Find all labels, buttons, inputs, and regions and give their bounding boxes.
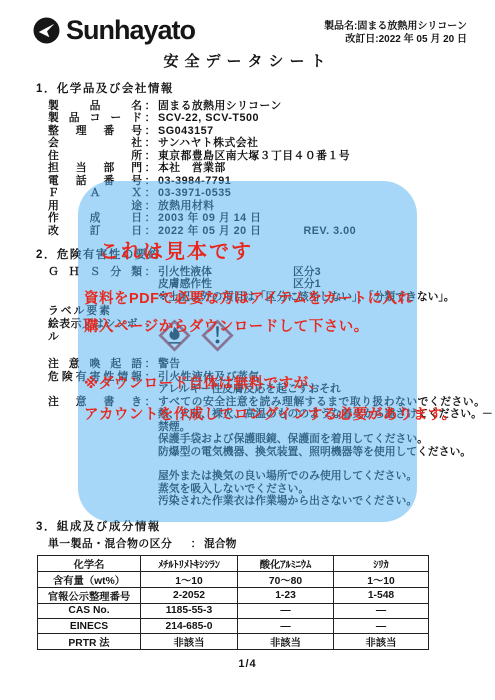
section3-heading: 3．組成及び成分情報 xyxy=(36,518,495,534)
section-composition: 3．組成及び成分情報 単一製品・混合物の区分 ： 混合物 化学名 ﾒﾁﾙﾄﾘﾒﾄ… xyxy=(0,518,495,651)
precaution-row: 注意書き：すべての安全注意を読み理解するまで取り扱わないでください。 xyxy=(0,396,495,408)
revision-number: REV. 3.00 xyxy=(303,225,356,237)
section1-heading: 1．化学品及び会社情報 xyxy=(36,80,495,96)
label-elements-heading: ラベル要素 xyxy=(0,305,495,318)
info-row: 住所：東京都豊島区南大塚３丁目４０番１号 xyxy=(0,150,495,162)
header-product-name: 製品名:固まる放熱用シリコーン xyxy=(324,20,467,33)
info-row: 製品コード：SCV-22, SCV-T500 xyxy=(0,112,495,124)
table-row: EINECS 214-685-0 ― ― xyxy=(38,619,429,634)
table-row: 含有量（wt%） 1～10 70～80 1～10 xyxy=(38,571,429,587)
ghs-note: ※上記以外の項目は「区分に該当しない」、「分類できない」。 xyxy=(0,291,495,303)
ghs-pictograms xyxy=(158,319,234,352)
info-row: 製品名：固まる放熱用シリコーン xyxy=(0,100,495,112)
table-row: PRTR 法 非該当 非該当 非該当 xyxy=(38,634,429,650)
signal-word: 警告 xyxy=(158,358,181,370)
signal-word-row: 注意喚起語：警告 xyxy=(0,358,495,370)
header-meta: 製品名:固まる放熱用シリコーン 改訂日:2022 年 05 月 20 日 xyxy=(324,15,467,46)
info-row: 会社：サンハヤト株式会社 xyxy=(0,137,495,149)
precaution-row: 屋外または換気の良い場所でのみ使用してください。 xyxy=(0,470,495,482)
page-number: 1/4 xyxy=(0,658,495,670)
info-row: 電話番号：03-3984-7791 xyxy=(0,175,495,187)
ghs-category: 区分1 xyxy=(293,278,321,290)
mixture-value: 混合物 xyxy=(204,538,236,551)
pictogram-row: 絵表示又はシンボル： xyxy=(0,318,495,352)
page-title: 安全データシート xyxy=(0,50,495,71)
mixture-row: 単一製品・混合物の区分 ： 混合物 xyxy=(0,538,495,551)
ghs-exclamation-icon xyxy=(201,319,234,352)
header-revision-date: 改訂日:2022 年 05 月 20 日 xyxy=(324,33,467,46)
info-row: 作成日：2003 年 09 月 14 日 xyxy=(0,212,495,224)
section-hazard-summary: 2．危険有害性の要約 ＧＨＳ分類：引火性液体区分3 皮膚感作性区分1 ※上記以外… xyxy=(0,246,495,508)
info-row: ＦＡＸ：03-3971-0535 xyxy=(0,187,495,199)
info-row: 担当部門：本社 営業部 xyxy=(0,162,495,174)
info-row: 改訂日：2022 年 05 月 20 日REV. 3.00 xyxy=(0,225,495,237)
document-header: Sunhayato 製品名:固まる放熱用シリコーン 改訂日:2022 年 05 … xyxy=(0,0,495,46)
precaution-row: 蒸気を吸入しないでください。 xyxy=(0,483,495,495)
sds-document-page: Sunhayato 製品名:固まる放熱用シリコーン 改訂日:2022 年 05 … xyxy=(0,0,495,700)
hazard-info-row: 危険有害性情報：引火性液体及び蒸気 xyxy=(0,371,495,383)
table-header-row: 化学名 ﾒﾁﾙﾄﾘﾒﾄｷｼｼﾗﾝ 酸化ｱﾙﾐﾆｳﾑ ｼﾘｶ xyxy=(38,555,429,571)
precaution-row: 保護手袋および保護眼鏡、保護面を着用してください。 xyxy=(0,433,495,445)
precaution-row: 汚染された作業衣は作業場から出さないでください。 xyxy=(0,495,495,507)
sunhayato-logo: Sunhayato xyxy=(33,15,195,46)
info-row: 用途：放熱用材料 xyxy=(0,200,495,212)
ghs-classification-row: ＧＨＳ分類：引火性液体区分3 xyxy=(0,266,495,278)
ghs-category: 区分3 xyxy=(293,266,321,278)
logo-wordmark: Sunhayato xyxy=(66,15,195,46)
info-row: 整理番号：SG043157 xyxy=(0,125,495,137)
section2-heading: 2．危険有害性の要約 xyxy=(36,246,495,262)
table-row: CAS No. 1185-55-3 ― ― xyxy=(38,603,429,618)
ghs-flame-icon xyxy=(158,319,191,352)
precaution-row: 熱、火花、裸火、高温のもののような着火から遠ざけてください。－禁煙。 xyxy=(0,408,495,433)
section-company-info: 1．化学品及び会社情報 製品名：固まる放熱用シリコーン 製品コード：SCV-22… xyxy=(0,80,495,237)
hazard-info-row: アレルギー性皮膚反応を起こすおそれ xyxy=(0,383,495,395)
ghs-classification-row: 皮膚感作性区分1 xyxy=(0,278,495,290)
composition-table: 化学名 ﾒﾁﾙﾄﾘﾒﾄｷｼｼﾗﾝ 酸化ｱﾙﾐﾆｳﾑ ｼﾘｶ 含有量（wt%） 1… xyxy=(37,555,429,651)
table-row: 官報公示整理番号 2-2052 1-23 1-548 xyxy=(38,587,429,603)
sunhayato-logo-icon xyxy=(33,17,60,44)
precaution-row: 防爆型の電気機器、換気装置、照明機器等を使用してください。 xyxy=(0,446,495,458)
precaution-row xyxy=(0,458,495,470)
